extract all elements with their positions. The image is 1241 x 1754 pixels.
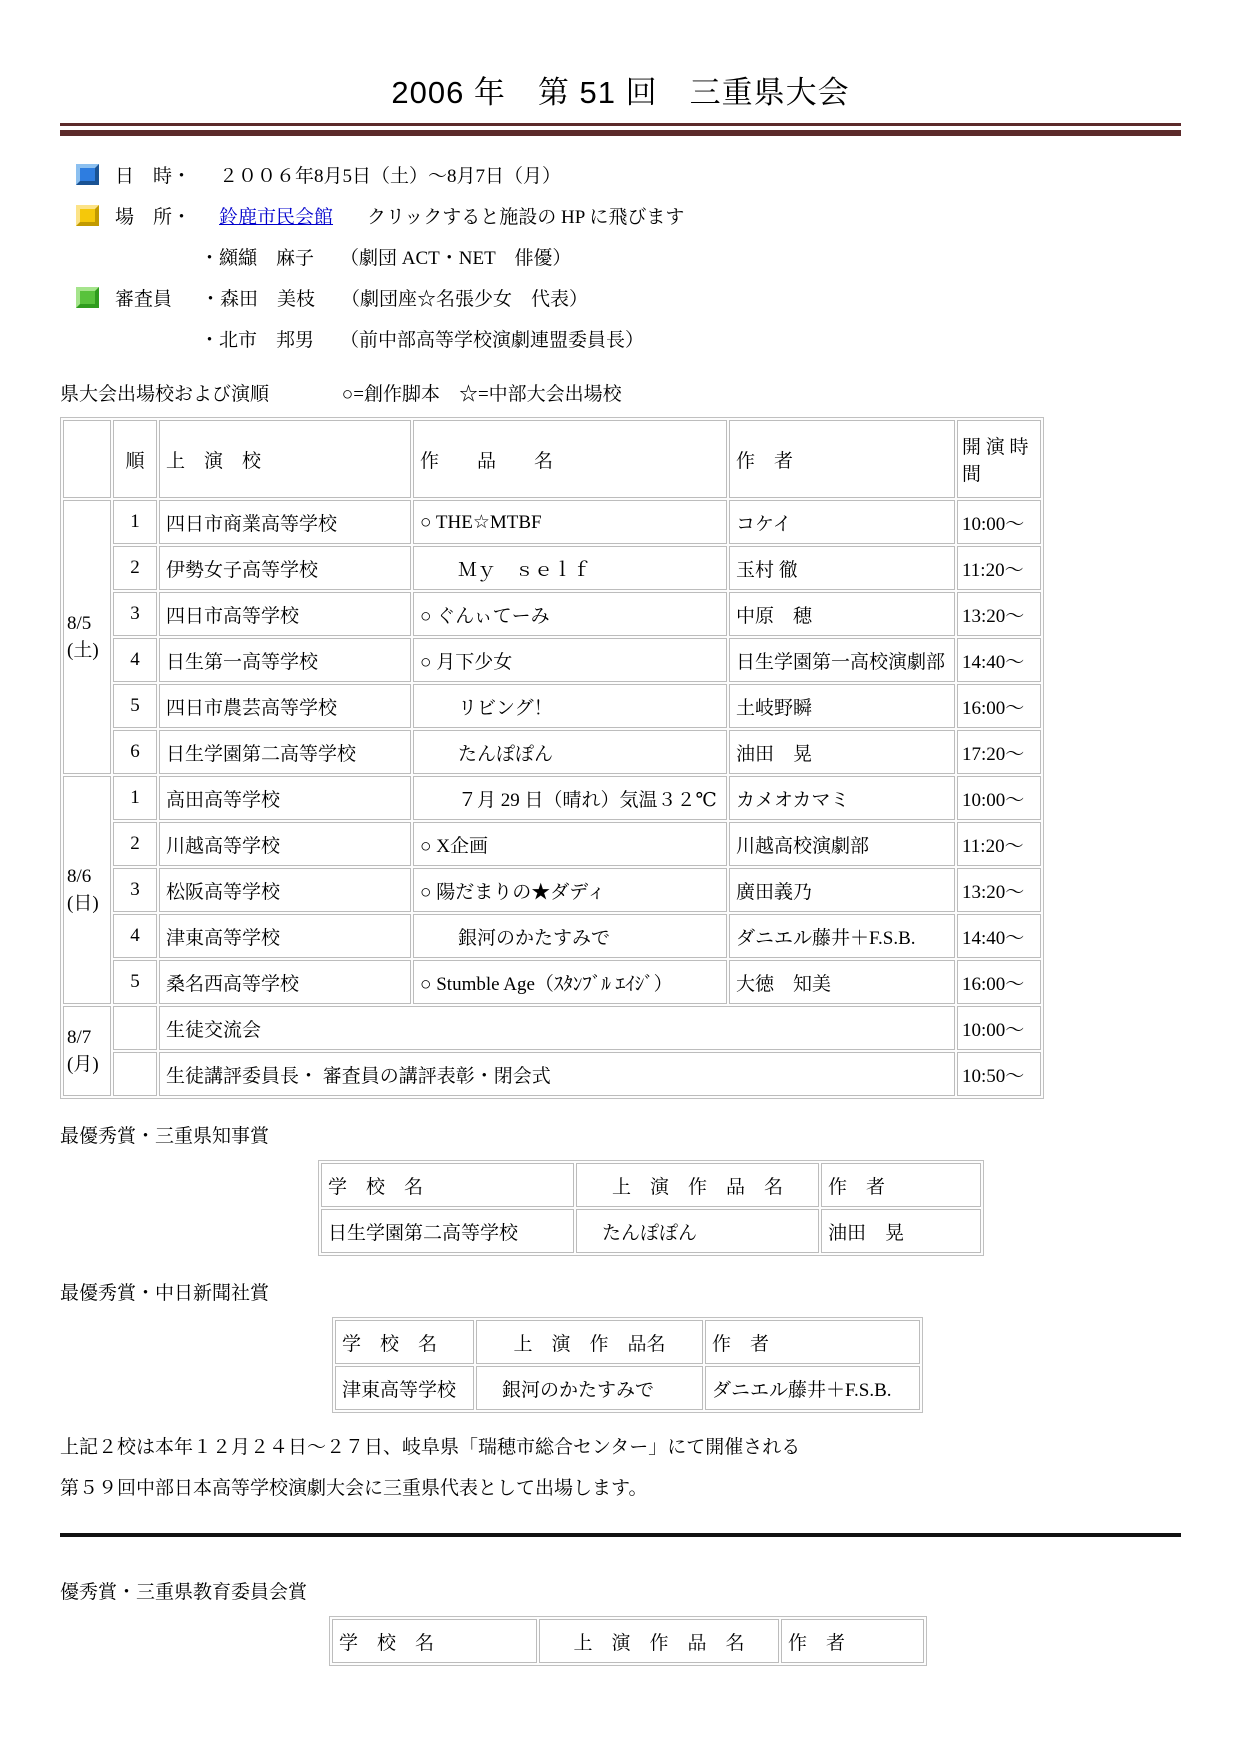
school-header: 学 校 名: [332, 1619, 537, 1663]
author-cell: 土岐野瞬: [729, 684, 955, 728]
schedule-table: 順 上 演 校 作 品 名 作 者 開 演 時間 8/5 (土) 1 四日市商業…: [60, 417, 1044, 1099]
day-cell: 8/7 (月): [63, 1006, 111, 1096]
day-weekday: (月): [67, 1051, 107, 1078]
order-cell: 2: [113, 546, 157, 590]
section-divider: [60, 1533, 1181, 1537]
time-cell: 17:20～: [957, 730, 1041, 774]
datetime-label: 日 時・: [115, 161, 219, 188]
note-line: 上記２校は本年１２月２４日～２７日、岐阜県「瑞穂市総合センター」にて開催される: [60, 1427, 1181, 1468]
schedule-row: 4 津東高等学校 銀河のかたすみで ダニエル藤井＋F.S.B. 14:40～: [63, 914, 1041, 958]
work-cell: ○ X企画: [413, 822, 727, 866]
author-cell: 大徳 知美: [729, 960, 955, 1004]
time-cell: 13:20～: [957, 868, 1041, 912]
venue-row: 場 所・ 鈴鹿市民会館 クリックすると施設の HP に飛びます: [76, 195, 1181, 236]
day-date: 8/6: [67, 863, 107, 890]
author-cell: 油田 晃: [821, 1209, 981, 1253]
author-cell: 中原 穂: [729, 592, 955, 636]
time-cell: 10:00～: [957, 500, 1041, 544]
order-cell: 1: [113, 776, 157, 820]
award1-heading: 最優秀賞・三重県知事賞: [60, 1121, 1181, 1148]
order-cell: 5: [113, 960, 157, 1004]
award2-table: 学 校 名 上 演 作 品名 作 者 津東高等学校 銀河のかたすみで ダニエル藤…: [332, 1317, 923, 1413]
order-cell: 1: [113, 500, 157, 544]
schedule-row: 3 四日市高等学校 ○ ぐんぃてーみ 中原 穂 13:20～: [63, 592, 1041, 636]
school-cell: 四日市農芸高等学校: [159, 684, 411, 728]
order-cell: 2: [113, 822, 157, 866]
schedule-legend: ○=創作脚本 ☆=中部大会出場校: [342, 384, 622, 405]
time-cell: 10:00～: [957, 776, 1041, 820]
order-cell: 4: [113, 914, 157, 958]
order-cell: [113, 1052, 157, 1096]
time-cell: 10:50～: [957, 1052, 1041, 1096]
judge-name: ・纐纈 麻子: [200, 243, 340, 270]
work-cell: たんぽぽん: [576, 1209, 819, 1253]
venue-link[interactable]: 鈴鹿市民会館: [219, 202, 333, 229]
schedule-header-row: 順 上 演 校 作 品 名 作 者 開 演 時間: [63, 420, 1041, 498]
schedule-caption: 県大会出場校および演順: [60, 384, 269, 405]
author-cell: ダニエル藤井＋F.S.B.: [705, 1366, 920, 1410]
day-date: 8/7: [67, 1024, 107, 1051]
schedule-row: 3 松阪高等学校 ○ 陽だまりの★ダディ 廣田義乃 13:20～: [63, 868, 1041, 912]
venue-label: 場 所・: [115, 202, 219, 229]
schedule-row: 2 川越高等学校 ○ X企画 川越高校演劇部 11:20～: [63, 822, 1041, 866]
work-header: 作 品 名: [413, 420, 727, 498]
work-header: 上 演 作 品 名: [539, 1619, 779, 1663]
award-header-row: 学 校 名 上 演 作 品 名 作 者: [321, 1163, 981, 1207]
award-header-row: 学 校 名 上 演 作 品名 作 者: [335, 1320, 920, 1364]
schedule-row: 8/6 (日) 1 高田高等学校 ７月 29 日（晴れ）気温３２℃ カメオカマミ…: [63, 776, 1041, 820]
schedule-row: 5 桑名西高等学校 ○ Stumble Age（ｽﾀﾝﾌﾞﾙ ｴｲｼﾞ） 大徳 …: [63, 960, 1041, 1004]
order-cell: 4: [113, 638, 157, 682]
school-cell: 津東高等学校: [335, 1366, 474, 1410]
judges-label: 審査員: [115, 284, 201, 311]
author-header: 作 者: [729, 420, 955, 498]
time-cell: 14:40～: [957, 914, 1041, 958]
author-cell: 日生学園第一高校演劇部: [729, 638, 955, 682]
work-cell: ○ 月下少女: [413, 638, 727, 682]
author-header: 作 者: [781, 1619, 924, 1663]
judge-name: ・森田 美枝: [201, 284, 341, 311]
time-cell: 10:00～: [957, 1006, 1041, 1050]
schedule-row: 5 四日市農芸高等学校 リビング！ 土岐野瞬 16:00～: [63, 684, 1041, 728]
judge-org: （前中部高等学校演劇連盟委員長）: [340, 325, 644, 352]
award-row: 日生学園第二高等学校 たんぽぽん 油田 晃: [321, 1209, 981, 1253]
school-cell: 松阪高等学校: [159, 868, 411, 912]
judge-row: ・北市 邦男 （前中部高等学校演劇連盟委員長）: [76, 318, 1181, 359]
school-cell: 津東高等学校: [159, 914, 411, 958]
time-cell: 13:20～: [957, 592, 1041, 636]
event-cell: 生徒交流会: [159, 1006, 955, 1050]
work-cell: 銀河のかたすみで: [476, 1366, 703, 1410]
work-header: 上 演 作 品 名: [576, 1163, 819, 1207]
schedule-row: 8/7 (月) 生徒交流会 10:00～: [63, 1006, 1041, 1050]
work-cell: Ｍｙ ｓｅｌｆ: [413, 546, 727, 590]
author-cell: コケイ: [729, 500, 955, 544]
school-cell: 日生第一高等学校: [159, 638, 411, 682]
page-title: 2006 年 第 51 回 三重県大会: [60, 76, 1181, 110]
judges-row: 審査員 ・森田 美枝 （劇団座☆名張少女 代表）: [76, 277, 1181, 318]
work-cell: ７月 29 日（晴れ）気温３２℃: [413, 776, 727, 820]
author-cell: 油田 晃: [729, 730, 955, 774]
work-cell: ○ Stumble Age（ｽﾀﾝﾌﾞﾙ ｴｲｼﾞ）: [413, 960, 727, 1004]
award1-table: 学 校 名 上 演 作 品 名 作 者 日生学園第二高等学校 たんぽぽん 油田 …: [318, 1160, 984, 1256]
schedule-row: 2 伊勢女子高等学校 Ｍｙ ｓｅｌｆ 玉村 徹 11:20～: [63, 546, 1041, 590]
event-cell: 生徒講評委員長・ 審査員の講評表彰・閉会式: [159, 1052, 955, 1096]
author-cell: 玉村 徹: [729, 546, 955, 590]
judge-org: （劇団 ACT・NET 俳優）: [340, 243, 571, 270]
day-weekday: (日): [67, 890, 107, 917]
work-cell: ○ THE☆MTBF: [413, 500, 727, 544]
work-cell: ○ 陽だまりの★ダディ: [413, 868, 727, 912]
award-header-row: 学 校 名 上 演 作 品 名 作 者: [332, 1619, 924, 1663]
order-cell: 6: [113, 730, 157, 774]
award3-table: 学 校 名 上 演 作 品 名 作 者: [329, 1616, 927, 1666]
award3-heading: 優秀賞・三重県教育委員会賞: [60, 1577, 1181, 1604]
school-header: 上 演 校: [159, 420, 411, 498]
order-header: 順: [113, 420, 157, 498]
note-line: 第５９回中部日本高等学校演劇大会に三重県代表として出場します。: [60, 1468, 1181, 1509]
datetime-value: ２００６年8月5日（土）～8月7日（月）: [219, 161, 561, 188]
day-cell: 8/5 (土): [63, 500, 111, 774]
judge-name: ・北市 邦男: [200, 325, 340, 352]
school-cell: 日生学園第二高等学校: [159, 730, 411, 774]
schedule-row: 4 日生第一高等学校 ○ 月下少女 日生学園第一高校演劇部 14:40～: [63, 638, 1041, 682]
info-section: 日 時・ ２００６年8月5日（土）～8月7日（月） 場 所・ 鈴鹿市民会館 クリ…: [60, 154, 1181, 359]
day-date: 8/5: [67, 610, 107, 637]
order-cell: 3: [113, 592, 157, 636]
order-cell: [113, 1006, 157, 1050]
judge-org: （劇団座☆名張少女 代表）: [341, 284, 588, 311]
school-cell: 四日市高等学校: [159, 592, 411, 636]
work-cell: 銀河のかたすみで: [413, 914, 727, 958]
schedule-row: 生徒講評委員長・ 審査員の講評表彰・閉会式 10:50～: [63, 1052, 1041, 1096]
blue-square-icon: [76, 164, 99, 185]
time-cell: 16:00～: [957, 684, 1041, 728]
award-row: 津東高等学校 銀河のかたすみで ダニエル藤井＋F.S.B.: [335, 1366, 920, 1410]
time-cell: 11:20～: [957, 546, 1041, 590]
schedule-caption-row: 県大会出場校および演順 ○=創作脚本 ☆=中部大会出場校: [60, 379, 1181, 405]
time-cell: 11:20～: [957, 822, 1041, 866]
school-cell: 桑名西高等学校: [159, 960, 411, 1004]
school-cell: 伊勢女子高等学校: [159, 546, 411, 590]
day-header-cell: [63, 420, 111, 498]
school-cell: 日生学園第二高等学校: [321, 1209, 574, 1253]
author-cell: ダニエル藤井＋F.S.B.: [729, 914, 955, 958]
school-cell: 高田高等学校: [159, 776, 411, 820]
work-cell: リビング！: [413, 684, 727, 728]
venue-note: クリックすると施設の HP に飛びます: [367, 202, 684, 229]
order-cell: 3: [113, 868, 157, 912]
author-header: 作 者: [705, 1320, 920, 1364]
day-cell: 8/6 (日): [63, 776, 111, 1004]
time-cell: 14:40～: [957, 638, 1041, 682]
school-header: 学 校 名: [321, 1163, 574, 1207]
school-cell: 四日市商業高等学校: [159, 500, 411, 544]
author-cell: カメオカマミ: [729, 776, 955, 820]
time-cell: 16:00～: [957, 960, 1041, 1004]
school-cell: 川越高等学校: [159, 822, 411, 866]
order-cell: 5: [113, 684, 157, 728]
judge-row: ・纐纈 麻子 （劇団 ACT・NET 俳優）: [76, 236, 1181, 277]
green-square-icon: [76, 287, 99, 308]
author-cell: 廣田義乃: [729, 868, 955, 912]
schedule-row: 8/5 (土) 1 四日市商業高等学校 ○ THE☆MTBF コケイ 10:00…: [63, 500, 1041, 544]
schedule-row: 6 日生学園第二高等学校 たんぽぽん 油田 晃 17:20～: [63, 730, 1041, 774]
datetime-row: 日 時・ ２００６年8月5日（土）～8月7日（月）: [76, 154, 1181, 195]
award2-heading: 最優秀賞・中日新聞社賞: [60, 1278, 1181, 1305]
yellow-square-icon: [76, 205, 99, 226]
note-paragraph: 上記２校は本年１２月２４日～２７日、岐阜県「瑞穂市総合センター」にて開催される …: [60, 1427, 1181, 1509]
author-header: 作 者: [821, 1163, 981, 1207]
author-cell: 川越高校演劇部: [729, 822, 955, 866]
time-header: 開 演 時間: [957, 420, 1041, 498]
school-header: 学 校 名: [335, 1320, 474, 1364]
title-divider: [60, 123, 1181, 136]
work-cell: ○ ぐんぃてーみ: [413, 592, 727, 636]
day-weekday: (土): [67, 637, 107, 664]
work-header: 上 演 作 品名: [476, 1320, 703, 1364]
work-cell: たんぽぽん: [413, 730, 727, 774]
